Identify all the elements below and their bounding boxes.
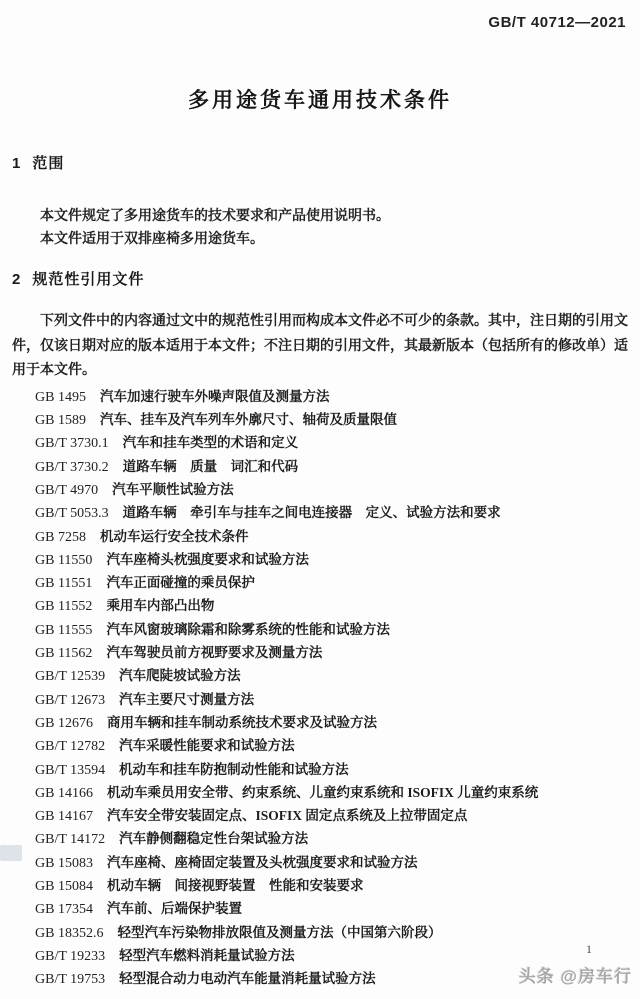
reference-item: GB 11562汽车驾驶员前方视野要求及测量方法 bbox=[35, 642, 628, 665]
reference-code: GB/T 5053.3 bbox=[35, 506, 109, 521]
section-title: 范围 bbox=[32, 155, 64, 172]
reference-code: GB/T 3730.2 bbox=[35, 460, 109, 475]
reference-code: GB 15083 bbox=[35, 856, 93, 871]
reference-title: 商用车辆和挂车制动系统技术要求及试验方法 bbox=[107, 715, 377, 730]
document-title: 多用途货车通用技术条件 bbox=[12, 84, 628, 114]
reference-title: 汽车主要尺寸测量方法 bbox=[119, 692, 254, 707]
section-number: 1 bbox=[12, 155, 20, 172]
reference-title: 轻型混合动力电动汽车能量消耗量试验方法 bbox=[119, 971, 376, 986]
reference-title: 汽车爬陡坡试验方法 bbox=[119, 668, 241, 683]
reference-item: GB 11555汽车风窗玻璃除霜和除雾系统的性能和试验方法 bbox=[35, 619, 628, 642]
reference-title: 机动车辆 间接视野装置 性能和安装要求 bbox=[107, 878, 364, 893]
reference-item: GB 14167汽车安全带安装固定点、ISOFIX 固定点系统及上拉带固定点 bbox=[35, 805, 628, 828]
section-number: 2 bbox=[12, 271, 20, 288]
reference-code: GB/T 4970 bbox=[35, 483, 98, 498]
reference-item: GB 11550汽车座椅头枕强度要求和试验方法 bbox=[35, 549, 628, 572]
reference-item: GB 14166机动车乘员用安全带、约束系统、儿童约束系统和 ISOFIX 儿童… bbox=[35, 782, 628, 805]
scope-paragraphs: 本文件规定了多用途货车的技术要求和产品使用说明书。 本文件适用于双排座椅多用途货… bbox=[12, 205, 628, 251]
reference-code: GB 17354 bbox=[35, 902, 93, 917]
reference-title: 汽车风窗玻璃除霜和除雾系统的性能和试验方法 bbox=[106, 622, 390, 637]
section-scope: 1范围 本文件规定了多用途货车的技术要求和产品使用说明书。 本文件适用于双排座椅… bbox=[12, 152, 628, 251]
reference-item: GB 7258机动车运行安全技术条件 bbox=[35, 526, 628, 549]
reference-item: GB 17354汽车前、后端保护装置 bbox=[35, 898, 628, 921]
reference-code: GB 1589 bbox=[35, 413, 86, 428]
reference-code: GB/T 13594 bbox=[35, 763, 105, 778]
reference-title: 汽车、挂车及汽车列车外廓尺寸、轴荷及质量限值 bbox=[100, 412, 397, 427]
reference-title: 道路车辆 质量 词汇和代码 bbox=[123, 459, 299, 474]
reference-item: GB/T 3730.2道路车辆 质量 词汇和代码 bbox=[35, 456, 628, 479]
reference-title: 汽车正面碰撞的乘员保护 bbox=[106, 575, 255, 590]
watermark-toutiao: 头条 @房车行 bbox=[519, 962, 632, 987]
reference-title: 道路车辆 牵引车与挂车之间电连接器 定义、试验方法和要求 bbox=[123, 505, 501, 520]
reference-item: GB/T 14172汽车静侧翻稳定性台架试验方法 bbox=[35, 828, 628, 851]
reference-item: GB 15084机动车辆 间接视野装置 性能和安装要求 bbox=[35, 875, 628, 898]
reference-code: GB/T 14172 bbox=[35, 832, 105, 847]
reference-code: GB/T 12673 bbox=[35, 693, 105, 708]
references-intro-paragraph: 下列文件中的内容通过文中的规范性引用而构成本文件必不可少的条款。其中，注日期的引… bbox=[12, 310, 628, 384]
reference-code: GB 1495 bbox=[35, 390, 86, 405]
reference-title: 汽车平顺性试验方法 bbox=[112, 482, 234, 497]
reference-item: GB/T 12782汽车采暖性能要求和试验方法 bbox=[35, 735, 628, 758]
reference-title: 汽车座椅头枕强度要求和试验方法 bbox=[106, 552, 309, 567]
document-page: GB/T 40712—2021 多用途货车通用技术条件 1范围 本文件规定了多用… bbox=[0, 0, 640, 999]
reference-code: GB 11562 bbox=[35, 646, 92, 661]
reference-item: GB/T 5053.3道路车辆 牵引车与挂车之间电连接器 定义、试验方法和要求 bbox=[35, 502, 628, 525]
reference-code: GB/T 19233 bbox=[35, 949, 105, 964]
reference-item: GB/T 4970汽车平顺性试验方法 bbox=[35, 479, 628, 502]
edge-watermark-fragment bbox=[0, 845, 22, 861]
reference-title: 汽车采暖性能要求和试验方法 bbox=[119, 738, 295, 753]
reference-item: GB/T 12539汽车爬陡坡试验方法 bbox=[35, 665, 628, 688]
reference-title: 汽车安全带安装固定点、ISOFIX 固定点系统及上拉带固定点 bbox=[107, 808, 467, 823]
scope-paragraph: 本文件规定了多用途货车的技术要求和产品使用说明书。 bbox=[12, 205, 628, 228]
reference-item: GB/T 3730.1汽车和挂车类型的术语和定义 bbox=[35, 432, 628, 455]
reference-title: 汽车加速行驶车外噪声限值及测量方法 bbox=[100, 389, 330, 404]
reference-item: GB/T 13594机动车和挂车防抱制动性能和试验方法 bbox=[35, 759, 628, 782]
reference-title: 汽车和挂车类型的术语和定义 bbox=[123, 435, 299, 450]
reference-item: GB 15083汽车座椅、座椅固定装置及头枕强度要求和试验方法 bbox=[35, 852, 628, 875]
reference-code: GB 18352.6 bbox=[35, 926, 103, 941]
reference-title: 汽车驾驶员前方视野要求及测量方法 bbox=[106, 645, 322, 660]
reference-code: GB 11550 bbox=[35, 553, 92, 568]
reference-title: 乘用车内部凸出物 bbox=[106, 598, 214, 613]
reference-code: GB 14167 bbox=[35, 809, 93, 824]
scope-paragraph: 本文件适用于双排座椅多用途货车。 bbox=[12, 228, 628, 251]
reference-code: GB 14166 bbox=[35, 786, 93, 801]
reference-item: GB 1589汽车、挂车及汽车列车外廓尺寸、轴荷及质量限值 bbox=[35, 409, 628, 432]
reference-code: GB/T 3730.1 bbox=[35, 436, 109, 451]
reference-code: GB/T 19753 bbox=[35, 972, 105, 987]
section-references-heading: 2规范性引用文件 bbox=[12, 268, 628, 289]
reference-code: GB 11552 bbox=[35, 599, 92, 614]
section-scope-heading: 1范围 bbox=[12, 152, 628, 173]
reference-code: GB/T 12782 bbox=[35, 739, 105, 754]
normative-references-list: GB 1495汽车加速行驶车外噪声限值及测量方法 GB 1589汽车、挂车及汽车… bbox=[12, 386, 628, 992]
reference-title: 汽车静侧翻稳定性台架试验方法 bbox=[119, 831, 308, 846]
reference-code: GB 11555 bbox=[35, 623, 92, 638]
reference-code: GB 12676 bbox=[35, 716, 93, 731]
reference-title: 轻型汽车燃料消耗量试验方法 bbox=[119, 948, 295, 963]
reference-title: 机动车和挂车防抱制动性能和试验方法 bbox=[119, 762, 349, 777]
standard-code: GB/T 40712—2021 bbox=[488, 14, 626, 31]
reference-code: GB 15084 bbox=[35, 879, 93, 894]
reference-title: 汽车座椅、座椅固定装置及头枕强度要求和试验方法 bbox=[107, 855, 418, 870]
reference-item: GB 1495汽车加速行驶车外噪声限值及测量方法 bbox=[35, 386, 628, 409]
reference-item: GB 18352.6轻型汽车污染物排放限值及测量方法（中国第六阶段） bbox=[35, 922, 628, 945]
page-number: 1 bbox=[586, 942, 592, 957]
reference-title: 轻型汽车污染物排放限值及测量方法（中国第六阶段） bbox=[117, 925, 441, 940]
reference-item: GB 11551汽车正面碰撞的乘员保护 bbox=[35, 572, 628, 595]
reference-item: GB 12676商用车辆和挂车制动系统技术要求及试验方法 bbox=[35, 712, 628, 735]
reference-title: 机动车乘员用安全带、约束系统、儿童约束系统和 ISOFIX 儿童约束系统 bbox=[107, 785, 538, 800]
reference-title: 机动车运行安全技术条件 bbox=[100, 529, 249, 544]
reference-code: GB 7258 bbox=[35, 530, 86, 545]
reference-item: GB/T 12673汽车主要尺寸测量方法 bbox=[35, 689, 628, 712]
section-title: 规范性引用文件 bbox=[32, 271, 144, 288]
reference-code: GB 11551 bbox=[35, 576, 92, 591]
section-normative-references: 2规范性引用文件 下列文件中的内容通过文中的规范性引用而构成本文件必不可少的条款… bbox=[12, 268, 628, 992]
standard-code-header: GB/T 40712—2021 bbox=[12, 0, 628, 32]
reference-title: 汽车前、后端保护装置 bbox=[107, 901, 242, 916]
reference-code: GB/T 12539 bbox=[35, 669, 105, 684]
reference-item: GB 11552乘用车内部凸出物 bbox=[35, 595, 628, 618]
